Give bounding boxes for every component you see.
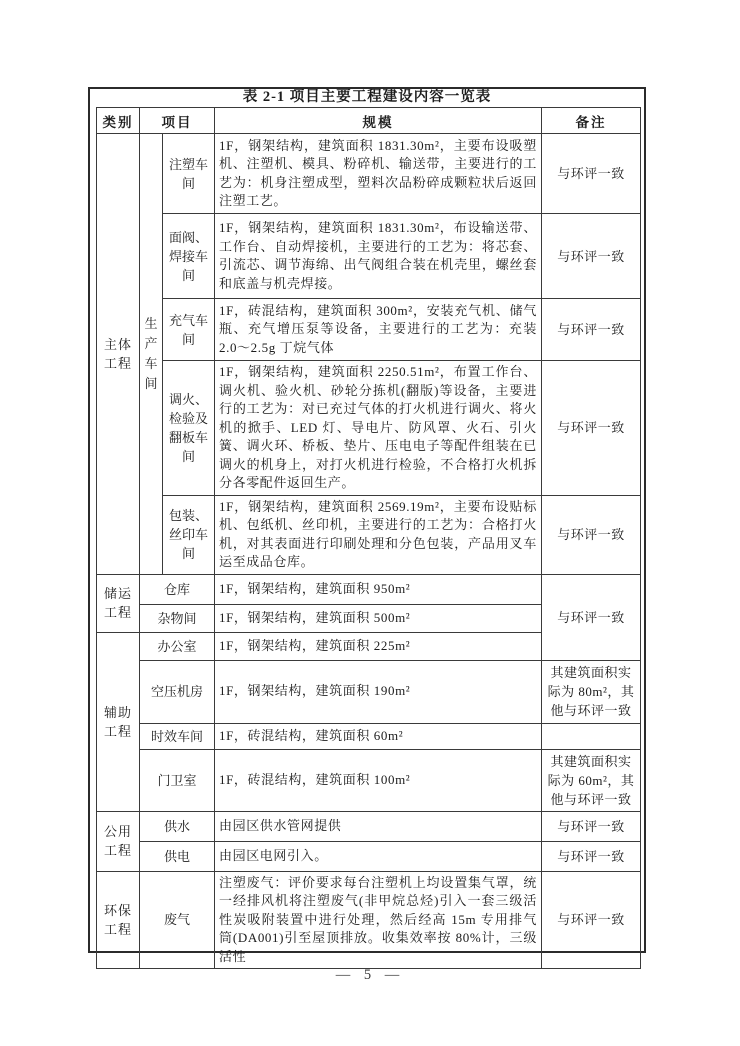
- scale-cell: 1F，钢架结构，建筑面积 950m²: [215, 574, 542, 604]
- document-page: 表 2-1 项目主要工程建设内容一览表 类别 项目 规模 备注 主体工程 生产车…: [0, 0, 740, 1046]
- remark-cell: 与环评一致: [542, 841, 641, 871]
- remark-cell: 其建筑面积实际为 60m²，其他与环评一致: [542, 749, 641, 811]
- project-cell: 仓库: [140, 574, 215, 604]
- category-storage-project: 储运工程: [97, 574, 140, 632]
- remark-cell: 与环评一致: [542, 299, 641, 361]
- project-cell: 废气: [140, 871, 215, 969]
- remark-cell: 其建筑面积实际为 80m²，其他与环评一致: [542, 660, 641, 723]
- table-row: 充气车间 1F，砖混结构，建筑面积 300m²，安装充气机、储气瓶、充气增压泵等…: [97, 299, 641, 361]
- project-cell: 空压机房: [140, 660, 215, 723]
- table-row: 空压机房 1F，钢架结构，建筑面积 190m² 其建筑面积实际为 80m²，其他…: [97, 660, 641, 723]
- scale-cell: 1F，钢架结构，建筑面积 1831.30m²，主要布设吸塑机、注塑机、模具、粉碎…: [215, 134, 542, 214]
- category-utility-project: 公用工程: [97, 811, 140, 871]
- table-header-row: 类别 项目 规模 备注: [97, 108, 641, 134]
- project-cell: 办公室: [140, 632, 215, 660]
- project-cell: 面阀、焊接车间: [163, 214, 215, 299]
- table-row: 包装、丝印车间 1F，钢架结构，建筑面积 2569.19m²，主要布设贴标机、包…: [97, 495, 641, 574]
- table-row: 储运工程 仓库 1F，钢架结构，建筑面积 950m² 与环评一致: [97, 574, 641, 604]
- scale-cell: 1F，钢架结构，建筑面积 2250.51m²，布置工作台、调火机、验火机、砂轮分…: [215, 361, 542, 496]
- scale-cell: 由园区供水管网提供: [215, 811, 542, 841]
- remark-cell: 与环评一致: [542, 871, 641, 969]
- table-row: 供电 由园区电网引入。 与环评一致: [97, 841, 641, 871]
- project-cell: 调火、检验及翻板车间: [163, 361, 215, 496]
- remark-cell: 与环评一致: [542, 811, 641, 841]
- scale-cell: 1F，钢架结构，建筑面积 500m²: [215, 604, 542, 632]
- scale-cell: 1F，砖混结构，建筑面积 300m²，安装充气机、储气瓶、充气增压泵等设备，主要…: [215, 299, 542, 361]
- project-construction-table: 类别 项目 规模 备注 主体工程 生产车间 注塑车间 1F，钢架结构，建筑面积 …: [96, 107, 641, 969]
- scale-cell: 1F，钢架结构，建筑面积 225m²: [215, 632, 542, 660]
- scale-cell: 由园区电网引入。: [215, 841, 542, 871]
- page-number: — 5 —: [0, 967, 740, 984]
- table-frame: 表 2-1 项目主要工程建设内容一览表 类别 项目 规模 备注 主体工程 生产车…: [88, 87, 646, 953]
- remark-cell: 与环评一致: [542, 495, 641, 574]
- category-environmental-project: 环保工程: [97, 871, 140, 969]
- header-category: 类别: [97, 108, 140, 134]
- remark-cell: 与环评一致: [542, 574, 641, 660]
- remark-cell: 与环评一致: [542, 134, 641, 214]
- scale-cell: 1F，钢架结构，建筑面积 190m²: [215, 660, 542, 723]
- table-title: 表 2-1 项目主要工程建设内容一览表: [90, 89, 644, 107]
- project-cell: 充气车间: [163, 299, 215, 361]
- project-cell: 门卫室: [140, 749, 215, 811]
- project-cell: 供电: [140, 841, 215, 871]
- table-row: 公用工程 供水 由园区供水管网提供 与环评一致: [97, 811, 641, 841]
- table-row: 时效车间 1F，砖混结构，建筑面积 60m²: [97, 723, 641, 749]
- scale-cell: 1F，砖混结构，建筑面积 60m²: [215, 723, 542, 749]
- table-row: 面阀、焊接车间 1F，钢架结构，建筑面积 1831.30m²，布设输送带、工作台…: [97, 214, 641, 299]
- remark-cell: 与环评一致: [542, 214, 641, 299]
- header-remark: 备注: [542, 108, 641, 134]
- project-cell: 时效车间: [140, 723, 215, 749]
- scale-cell: 1F，砖混结构，建筑面积 100m²: [215, 749, 542, 811]
- scale-cell: 1F，钢架结构，建筑面积 2569.19m²，主要布设贴标机、包纸机、丝印机，主…: [215, 495, 542, 574]
- table-row: 门卫室 1F，砖混结构，建筑面积 100m² 其建筑面积实际为 60m²，其他与…: [97, 749, 641, 811]
- category-auxiliary-project: 辅助工程: [97, 632, 140, 811]
- remark-cell: [542, 723, 641, 749]
- scale-cell: 1F，钢架结构，建筑面积 1831.30m²，布设输送带、工作台、自动焊接机，主…: [215, 214, 542, 299]
- project-cell: 供水: [140, 811, 215, 841]
- project-cell: 杂物间: [140, 604, 215, 632]
- table-row: 主体工程 生产车间 注塑车间 1F，钢架结构，建筑面积 1831.30m²，主要…: [97, 134, 641, 214]
- category-main-project: 主体工程: [97, 134, 140, 575]
- header-project: 项目: [140, 108, 215, 134]
- header-scale: 规模: [215, 108, 542, 134]
- remark-cell: 与环评一致: [542, 361, 641, 496]
- project-cell: 包装、丝印车间: [163, 495, 215, 574]
- scale-cell: 注塑废气：评价要求每台注塑机上均设置集气罩，统一经排风机将注塑废气(非甲烷总烃)…: [215, 871, 542, 969]
- subcategory-production-workshop: 生产车间: [140, 134, 163, 575]
- table-row: 调火、检验及翻板车间 1F，钢架结构，建筑面积 2250.51m²，布置工作台、…: [97, 361, 641, 496]
- table-row: 环保工程 废气 注塑废气：评价要求每台注塑机上均设置集气罩，统一经排风机将注塑废…: [97, 871, 641, 969]
- project-cell: 注塑车间: [163, 134, 215, 214]
